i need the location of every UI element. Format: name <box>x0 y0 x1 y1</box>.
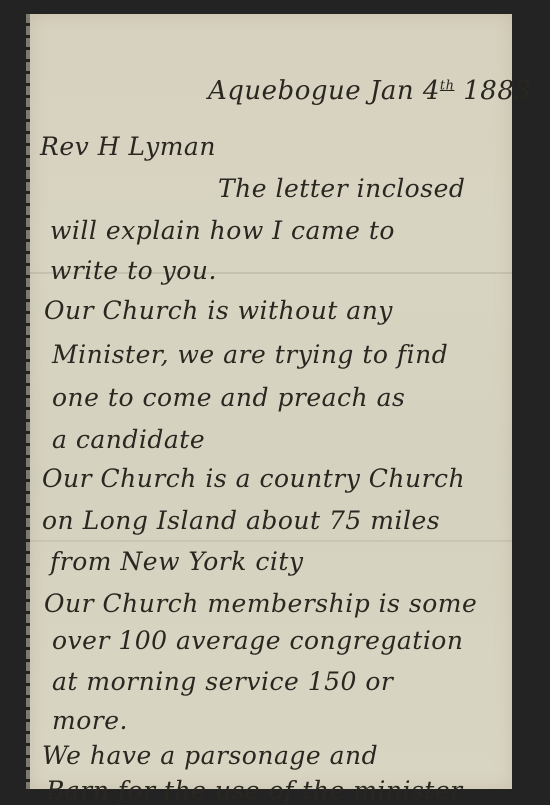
letter-body-line: at morning service 150 or <box>52 669 393 694</box>
letter-body-line: more. <box>52 708 128 733</box>
letter-body-line: Minister, we are trying to find <box>52 342 448 367</box>
letter-body-line: Our Church is a country Church <box>42 466 465 491</box>
letter-page: Aquebogue Jan 4th 1883 Rev H Lyman The l… <box>30 14 512 789</box>
letter-body-line: Barn for the use of the minister <box>46 778 463 800</box>
letter-body-line: one to come and preach as <box>52 385 405 410</box>
letter-body-line: from New York city <box>50 549 304 574</box>
letter-body-line: on Long Island about 75 miles <box>42 508 440 533</box>
letter-body-line: will explain how I came to <box>50 218 395 243</box>
letter-body-line: a candidate <box>52 427 205 452</box>
letter-body-line: Our Church membership is some <box>44 591 477 616</box>
letter-place: Aquebogue <box>208 76 361 106</box>
letter-salutation: Rev H Lyman <box>40 134 216 159</box>
letter-dateline: Aquebogue Jan 4th 1883 <box>208 78 531 104</box>
letter-body-line: over 100 average congregation <box>52 628 463 653</box>
letter-date: Jan 4 <box>370 76 440 106</box>
letter-year: 1883 <box>463 76 531 106</box>
letter-body-line: write to you. <box>50 258 217 283</box>
letter-body-line: We have a parsonage and <box>42 743 378 768</box>
letter-body-line: Our Church is without any <box>44 298 393 323</box>
letter-date-suffix: th <box>440 78 455 93</box>
letter-body-line: The letter inclosed <box>218 176 465 201</box>
